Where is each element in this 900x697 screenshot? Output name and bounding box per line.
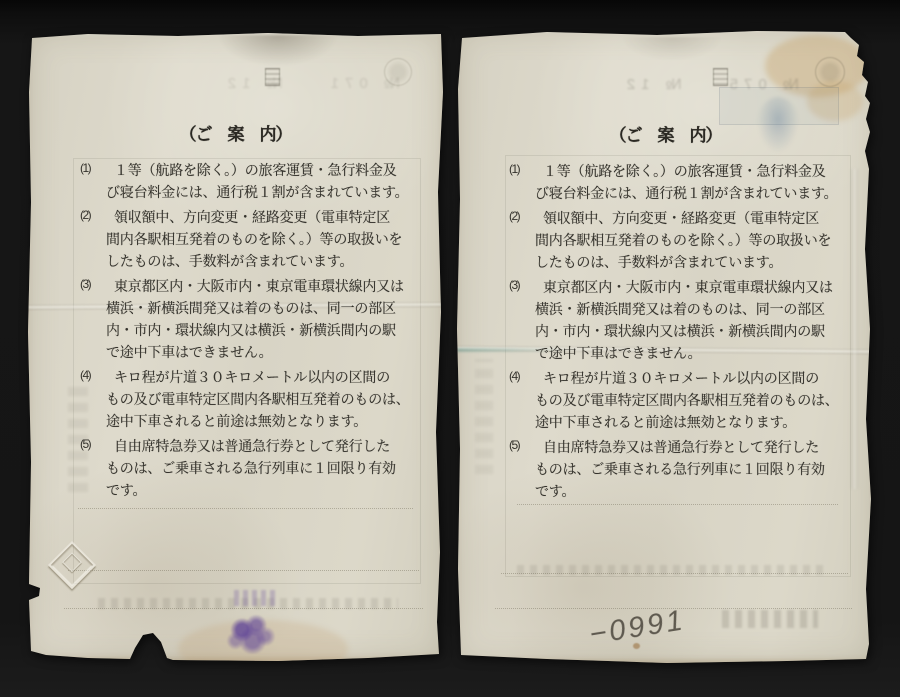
notice-item: (3) 東京都区内・大阪市内・東京電車環状線内又は 横浜・新横浜間発又は着のもの… xyxy=(28,275,443,363)
notice-line: ものは、ご乗車される急行列車に１回限り有効 xyxy=(535,458,874,480)
notice-line: 領収額中、方向変更・経路変更（電車特定区 xyxy=(535,207,874,229)
left-ticket-paper: № 071 № 12 （ご 案 内） (1) １等（航路を除く。）の旅客運賃・急… xyxy=(28,32,443,661)
notice-line: です。 xyxy=(106,479,443,501)
notice-line: もの及び電車特定区間内各駅相互発着のものは、 xyxy=(535,389,874,411)
notice-line: 自由席特急券又は普通急行券として発行した xyxy=(535,436,874,458)
notice-line: 途中下車されると前途は無効となります。 xyxy=(535,411,874,433)
bleed-through-stamp-text xyxy=(722,610,818,628)
notice-item: (5) 自由席特急券又は普通急行券として発行した ものは、ご乗車される急行列車に… xyxy=(457,436,874,502)
notice-block: （ご 案 内） (1) １等（航路を除く。）の旅客運賃・急行料金及 び寝台料金に… xyxy=(457,125,874,505)
notice-line: び寝台料金には、通行税１割が含まれています。 xyxy=(535,182,874,204)
notice-items: (1) １等（航路を除く。）の旅客運賃・急行料金及 び寝台料金には、通行税１割が… xyxy=(457,160,874,502)
notice-item-number: (4) xyxy=(509,369,519,383)
bleed-through-rule xyxy=(517,504,838,505)
faint-round-stamp xyxy=(815,57,845,87)
notice-item: (5) 自由席特急券又は普通急行券として発行した ものは、ご乗車される急行列車に… xyxy=(28,435,443,501)
faint-round-stamp xyxy=(384,58,412,86)
photo-background: № 071 № 12 （ご 案 内） (1) １等（航路を除く。）の旅客運賃・急… xyxy=(0,0,900,697)
notice-line: び寝台料金には、通行税１割が含まれています。 xyxy=(106,181,443,203)
notice-item-number: (1) xyxy=(80,161,90,175)
notice-line: もの及び電車特定区間内各駅相互発着のものは、 xyxy=(106,388,443,410)
notice-line: したものは、手数料が含まれています。 xyxy=(535,251,874,273)
notice-line: 間内各駅相互発着のものを除く。）等の取扱いを xyxy=(106,228,443,250)
notice-line: 横浜・新横浜間発又は着のものは、同一の部区 xyxy=(535,298,874,320)
bleed-through-box-glyph xyxy=(265,68,280,86)
notice-item: (1) １等（航路を除く。）の旅客運賃・急行料金及 び寝台料金には、通行税１割が… xyxy=(28,159,443,203)
notice-line: 途中下車されると前途は無効となります。 xyxy=(106,410,443,432)
notice-item-number: (1) xyxy=(509,162,519,176)
notice-title: （ご 案 内） xyxy=(28,124,443,146)
left-ticket: № 071 № 12 （ご 案 内） (1) １等（航路を除く。）の旅客運賃・急… xyxy=(28,32,443,661)
notice-item-number: (3) xyxy=(80,277,90,291)
notice-block: （ご 案 内） (1) １等（航路を除く。）の旅客運賃・急行料金及 び寝台料金に… xyxy=(28,124,443,504)
notice-item-number: (5) xyxy=(80,437,90,451)
notice-item-number: (4) xyxy=(80,368,90,382)
notice-line: キロ程が片道３０キロメートル以内の区間の xyxy=(535,367,874,389)
notice-line: 自由席特急券又は普通急行券として発行した xyxy=(106,435,443,457)
notice-item: (3) 東京都区内・大阪市内・東京電車環状線内又は 横浜・新横浜間発又は着のもの… xyxy=(457,276,874,364)
notice-line: 横浜・新横浜間発又は着のものは、同一の部区 xyxy=(106,297,443,319)
notice-line: １等（航路を除く。）の旅客運賃・急行料金及 xyxy=(535,160,874,182)
notice-item: (2) 領収額中、方向変更・経路変更（電車特定区 間内各駅相互発着のものを除く。… xyxy=(457,207,874,273)
notice-line: 内・市内・環状線内又は横浜・新横浜間内の駅 xyxy=(106,319,443,341)
notice-line: キロ程が片道３０キロメートル以内の区間の xyxy=(106,366,443,388)
notice-item-number: (2) xyxy=(509,209,519,223)
bleed-through-rule xyxy=(68,570,419,571)
notice-line: で途中下車はできません。 xyxy=(535,342,874,364)
notice-item: (4) キロ程が片道３０キロメートル以内の区間の もの及び電車特定区間内各駅相互… xyxy=(457,367,874,433)
paper-dent xyxy=(617,37,727,63)
notice-item-number: (3) xyxy=(509,278,519,292)
handwritten-number: −0991 xyxy=(587,599,721,652)
notice-item-number: (2) xyxy=(80,208,90,222)
purple-ink-stamp xyxy=(224,610,276,654)
bleed-through-rule xyxy=(78,508,413,509)
notice-line: で途中下車はできません。 xyxy=(106,341,443,363)
notice-line: 東京都区内・大阪市内・東京電車環状線内又は xyxy=(106,275,443,297)
notice-item: (4) キロ程が片道３０キロメートル以内の区間の もの及び電車特定区間内各駅相互… xyxy=(28,366,443,432)
notice-line: 間内各駅相互発着のものを除く。）等の取扱いを xyxy=(535,229,874,251)
notice-item: (1) １等（航路を除く。）の旅客運賃・急行料金及 び寝台料金には、通行税１割が… xyxy=(457,160,874,204)
notice-item-number: (5) xyxy=(509,438,519,452)
purple-ink-marks xyxy=(234,590,278,606)
notice-line: 内・市内・環状線内又は横浜・新横浜間内の駅 xyxy=(535,320,874,342)
notice-item: (2) 領収額中、方向変更・経路変更（電車特定区 間内各駅相互発着のものを除く。… xyxy=(28,206,443,272)
stain-dot xyxy=(633,643,640,649)
right-ticket-paper: № 075 № 12 （ご 案 内） (1) １等（航路を除く。）の旅客運賃・急… xyxy=(457,29,874,663)
paper-dent xyxy=(213,35,343,69)
notice-title: （ご 案 内） xyxy=(457,125,874,147)
right-ticket: № 075 № 12 （ご 案 内） (1) １等（航路を除く。）の旅客運賃・急… xyxy=(457,29,874,663)
notice-line: 領収額中、方向変更・経路変更（電車特定区 xyxy=(106,206,443,228)
notice-line: １等（航路を除く。）の旅客運賃・急行料金及 xyxy=(106,159,443,181)
notice-line: 東京都区内・大阪市内・東京電車環状線内又は xyxy=(535,276,874,298)
notice-items: (1) １等（航路を除く。）の旅客運賃・急行料金及 び寝台料金には、通行税１割が… xyxy=(28,159,443,501)
notice-line: です。 xyxy=(535,480,874,502)
bleed-through-text-row xyxy=(517,565,827,575)
bleed-through-serial: № 071 № 12 xyxy=(70,72,400,93)
bleed-through-box-glyph xyxy=(713,68,728,86)
notice-line: ものは、ご乗車される急行列車に１回限り有効 xyxy=(106,457,443,479)
notice-line: したものは、手数料が含まれています。 xyxy=(106,250,443,272)
